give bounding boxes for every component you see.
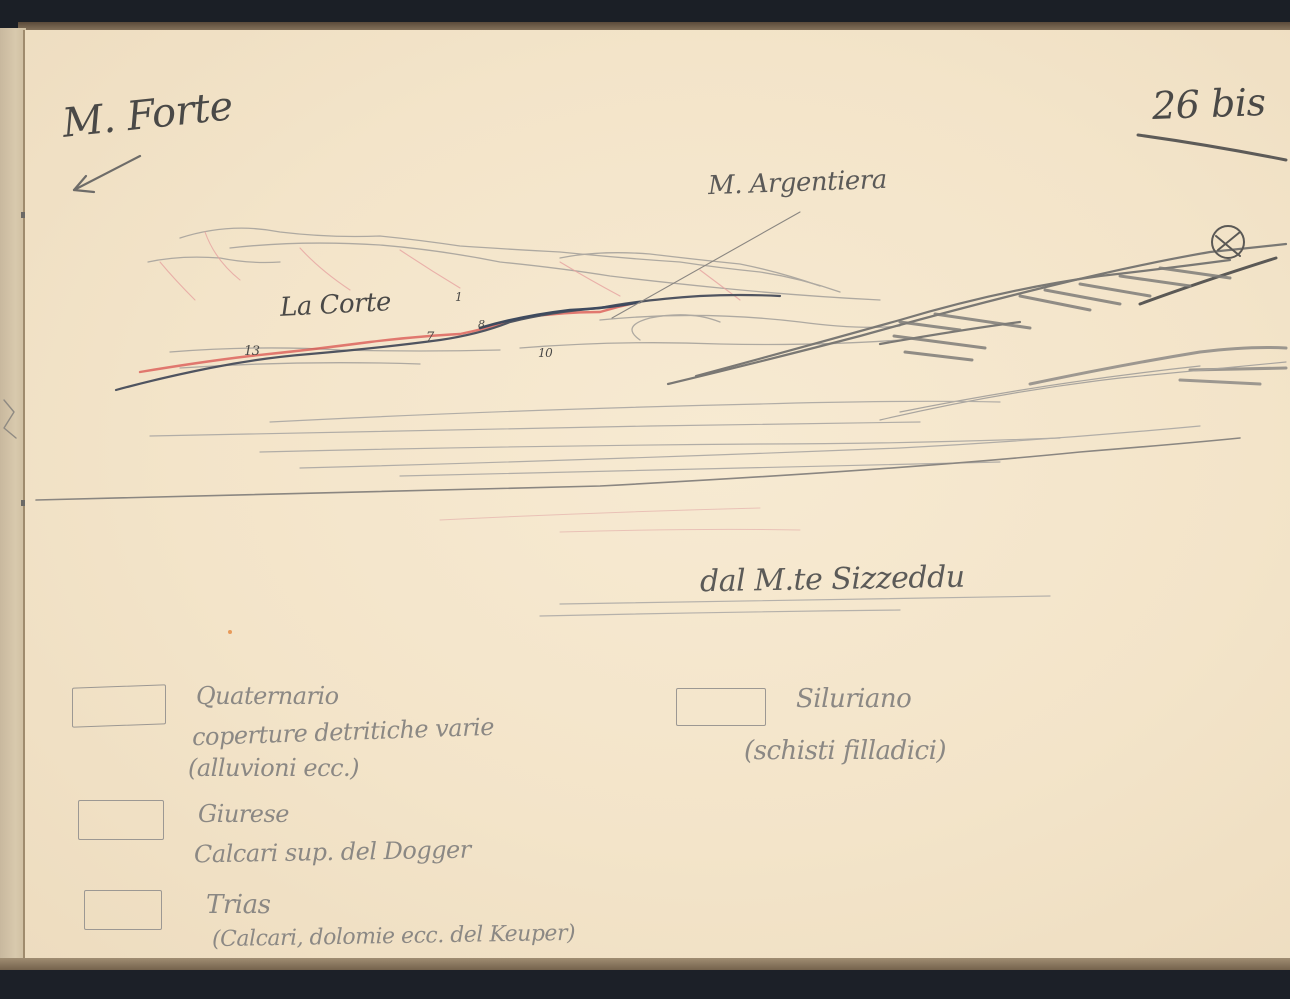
legend-description: (schisti filladici) — [744, 736, 946, 766]
legend-description: Calcari sup. del Dogger — [194, 836, 471, 869]
legend-title: Quaternario — [196, 682, 339, 710]
label-la-corte: La Corte — [279, 287, 391, 323]
legend-description: (alluvioni ecc.) — [188, 754, 359, 782]
arrow-icon — [74, 156, 140, 192]
label-m-argentiera: M. Argentiera — [708, 165, 888, 201]
legend-title: Siluriano — [796, 684, 911, 714]
legend-swatch-giurese — [78, 800, 164, 840]
legend-swatch-trias — [84, 890, 162, 930]
stratum-number: 1 — [455, 290, 462, 304]
legend-title: Giurese — [198, 800, 289, 828]
stratum-number: 7 — [426, 330, 434, 345]
legend-swatch-quaternario — [72, 684, 166, 727]
stratum-number: 13 — [244, 344, 260, 359]
legend-swatch-siluriano — [676, 688, 766, 726]
caption-viewpoint: dal M.te Sizzeddu — [700, 560, 965, 600]
sketchbook-page: M. Forte 26 bis M. Argentiera La Corte 1… — [0, 0, 1290, 999]
legend-title: Trias — [206, 890, 270, 920]
page-number-underline — [1138, 135, 1286, 160]
horizon-line — [36, 438, 1240, 500]
circled-cross-icon — [1212, 226, 1244, 258]
page-number: 26 bis — [1151, 80, 1266, 128]
stratum-number: 8 — [478, 318, 485, 331]
stratum-number: 10 — [538, 346, 552, 360]
